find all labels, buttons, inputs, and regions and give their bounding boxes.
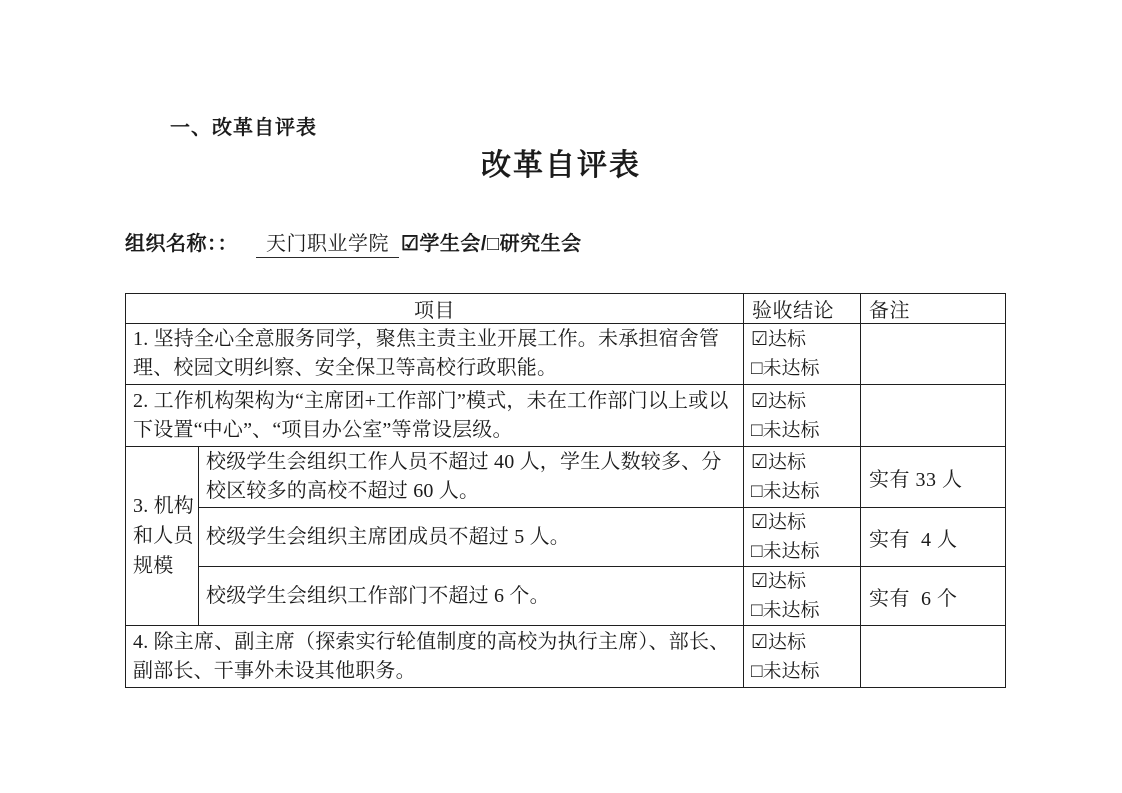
- table-header-row: 项目 验收结论 备注: [126, 294, 1006, 324]
- checkbox-pass: ☑达标: [751, 567, 860, 596]
- table-row: 4. 除主席、副主席（探索实行轮值制度的高校为执行主席）、部长、副部长、干事外未…: [126, 626, 1006, 688]
- item-text: 校级学生会组织工作人员不超过 40 人，学生人数较多、分校区较多的高校不超过 6…: [199, 447, 744, 508]
- organization-line: 组织名称：：天门职业学院☑学生会/□研究生会: [125, 227, 582, 258]
- checkbox-fail: □未达标: [751, 537, 860, 566]
- table-row: 2. 工作机构架构为“主席团+工作部门”模式，未在工作部门以上或以下设置“中心”…: [126, 385, 1006, 447]
- conclusion-cell: ☑达标 □未达标: [744, 324, 861, 385]
- table-row: 校级学生会组织工作部门不超过 6 个。 ☑达标 □未达标 实有 6 个: [126, 567, 1006, 626]
- organization-label: 组织名称：：: [125, 227, 238, 256]
- header-item: 项目: [126, 294, 744, 324]
- item-text: 4. 除主席、副主席（探索实行轮值制度的高校为执行主席）、部长、副部长、干事外未…: [126, 626, 744, 688]
- self-assessment-table: 项目 验收结论 备注 1. 坚持全心全意服务同学，聚焦主责主业开展工作。未承担宿…: [125, 293, 1006, 688]
- checkbox-pass: ☑达标: [751, 628, 860, 657]
- checkbox-fail: □未达标: [751, 657, 860, 686]
- table-row: 校级学生会组织主席团成员不超过 5 人。 ☑达标 □未达标 实有 4 人: [126, 508, 1006, 567]
- organization-type-checkboxes: ☑学生会/□研究生会: [401, 227, 582, 256]
- header-conclusion: 验收结论: [744, 294, 861, 324]
- conclusion-cell: ☑达标 □未达标: [744, 447, 861, 508]
- document-page: 一、改革自评表 改革自评表 组织名称：：天门职业学院☑学生会/□研究生会 项目 …: [0, 0, 1122, 793]
- conclusion-cell: ☑达标 □未达标: [744, 626, 861, 688]
- checkbox-pass: ☑达标: [751, 387, 860, 416]
- checkbox-fail: □未达标: [751, 596, 860, 625]
- item-text: 校级学生会组织主席团成员不超过 5 人。: [199, 508, 744, 567]
- checkbox-pass: ☑达标: [751, 508, 860, 537]
- table-row: 3. 机构和人员规模 校级学生会组织工作人员不超过 40 人，学生人数较多、分校…: [126, 447, 1006, 508]
- item-text: 1. 坚持全心全意服务同学，聚焦主责主业开展工作。未承担宿舍管理、校园文明纠察、…: [126, 324, 744, 385]
- checkbox-fail: □未达标: [751, 477, 860, 506]
- item-text: 校级学生会组织工作部门不超过 6 个。: [199, 567, 744, 626]
- remark-cell: 实有 33 人: [861, 447, 1006, 508]
- remark-cell: [861, 385, 1006, 447]
- remark-cell: 实有 6 个: [861, 567, 1006, 626]
- remark-cell: [861, 324, 1006, 385]
- organization-name: 天门职业学院: [256, 227, 399, 258]
- remark-cell: 实有 4 人: [861, 508, 1006, 567]
- conclusion-cell: ☑达标 □未达标: [744, 508, 861, 567]
- remark-cell: [861, 626, 1006, 688]
- header-remark: 备注: [861, 294, 1006, 324]
- page-title: 改革自评表: [0, 140, 1122, 184]
- checkbox-fail: □未达标: [751, 354, 860, 383]
- checkbox-pass: ☑达标: [751, 448, 860, 477]
- section-heading: 一、改革自评表: [170, 111, 317, 140]
- checkbox-pass: ☑达标: [751, 325, 860, 354]
- conclusion-cell: ☑达标 □未达标: [744, 567, 861, 626]
- item-text: 2. 工作机构架构为“主席团+工作部门”模式，未在工作部门以上或以下设置“中心”…: [126, 385, 744, 447]
- checkbox-fail: □未达标: [751, 416, 860, 445]
- conclusion-cell: ☑达标 □未达标: [744, 385, 861, 447]
- group-label: 3. 机构和人员规模: [126, 447, 199, 626]
- table-row: 1. 坚持全心全意服务同学，聚焦主责主业开展工作。未承担宿舍管理、校园文明纠察、…: [126, 324, 1006, 385]
